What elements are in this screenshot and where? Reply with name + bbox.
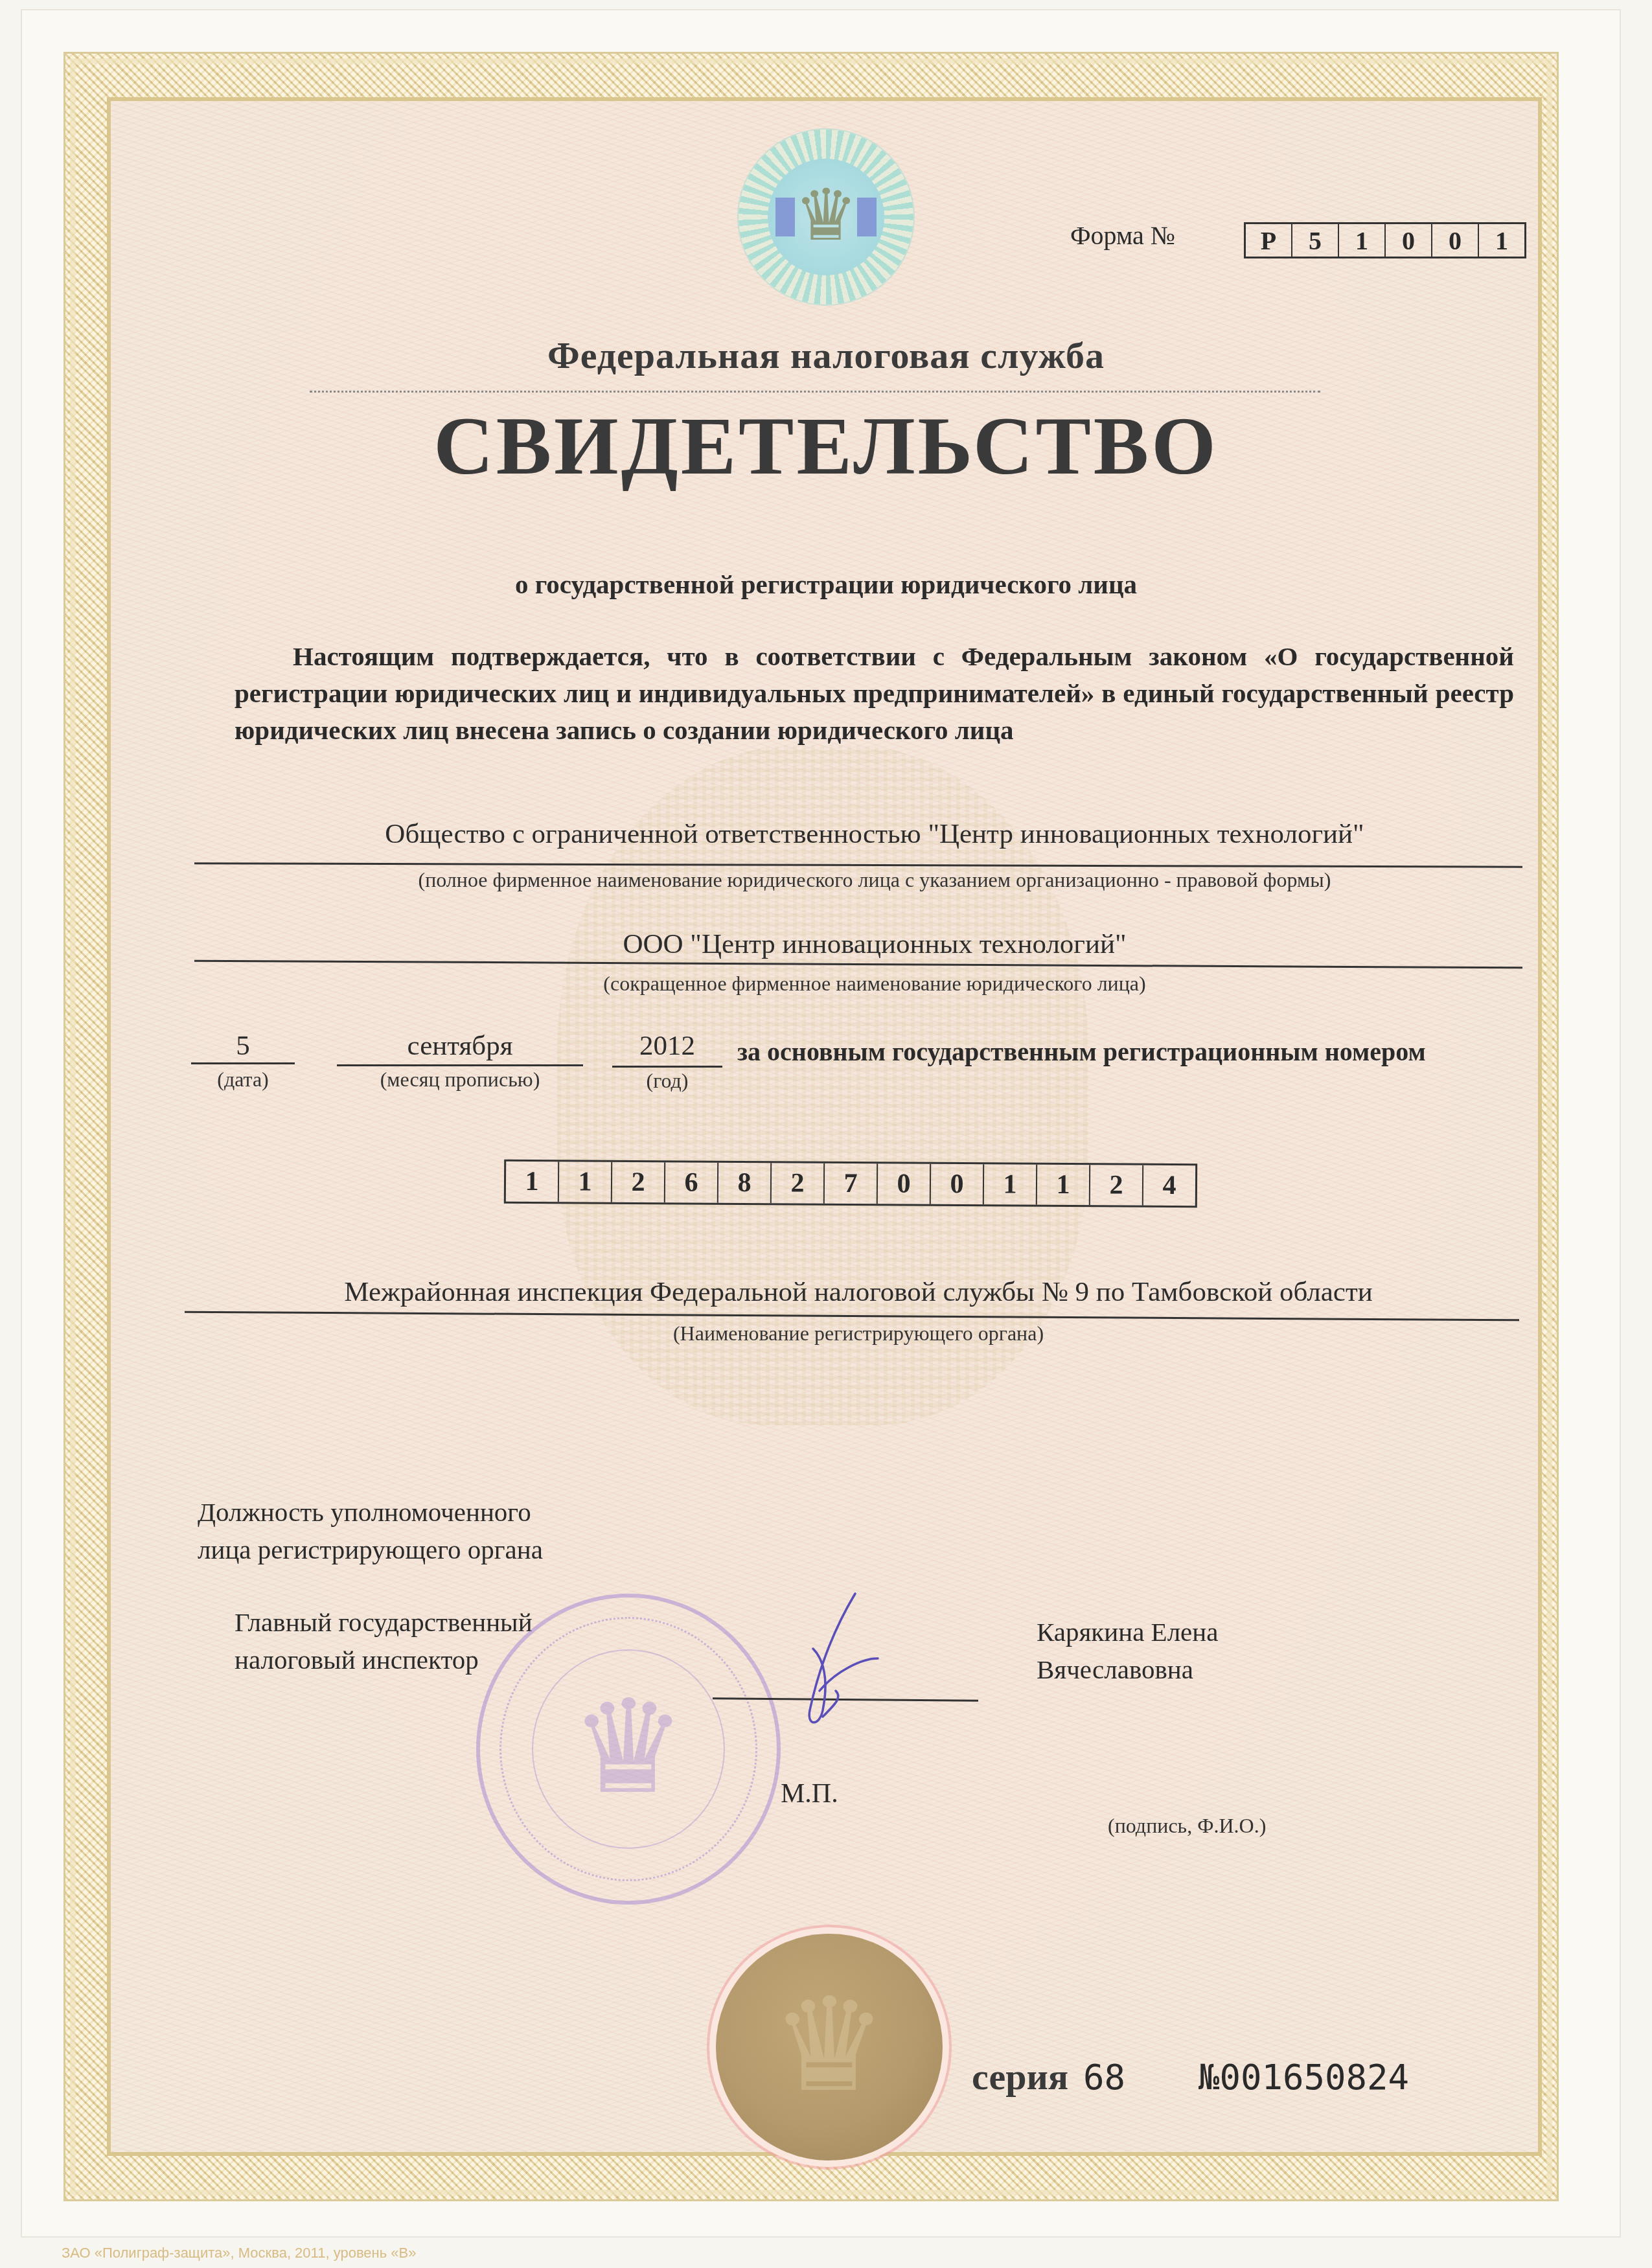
form-number-cell: 1 bbox=[1478, 224, 1524, 257]
handwritten-signature-icon bbox=[758, 1587, 913, 1743]
serial-number: №001650824 bbox=[1199, 2057, 1409, 2098]
ogrn-digit-cell: 1 bbox=[506, 1162, 558, 1202]
russian-eagle-hologram-icon: ♛ bbox=[739, 130, 913, 304]
full-name-caption: (полное фирменное наименование юридическ… bbox=[194, 868, 1555, 892]
ogrn-number-boxes: 1126827001124 bbox=[504, 1160, 1197, 1208]
registration-day: 5 bbox=[191, 1030, 295, 1062]
ogrn-digit-cell: 1 bbox=[983, 1164, 1036, 1204]
form-number-cell: 1 bbox=[1338, 224, 1384, 257]
form-number-cell: Р bbox=[1246, 224, 1291, 257]
eagle-icon: ♛ bbox=[794, 180, 858, 251]
ogrn-digit-cell: 1 bbox=[1036, 1165, 1089, 1205]
registration-month: сентября bbox=[337, 1030, 583, 1062]
page-subtitle: о государственной регистрации юридическо… bbox=[0, 569, 1652, 600]
statement-text: Настоящим подтверждается, что в соответс… bbox=[235, 641, 1514, 745]
statement-paragraph: Настоящим подтверждается, что в соответс… bbox=[235, 638, 1514, 749]
ogrn-digit-cell: 8 bbox=[717, 1163, 770, 1203]
ogrn-digit-cell: 2 bbox=[611, 1162, 664, 1202]
ogrn-digit-cell: 6 bbox=[664, 1162, 717, 1202]
issuer-title: Федеральная налоговая служба bbox=[0, 334, 1652, 377]
ogrn-digit-cell: 7 bbox=[823, 1163, 877, 1204]
entity-short-name: ООО "Центр инновационных технологий" bbox=[194, 928, 1555, 960]
stamp-eagle-icon: ♛ bbox=[570, 1684, 686, 1814]
eagle-icon: ♛ bbox=[771, 1982, 887, 2112]
short-name-caption: (сокращенное фирменное наименование юрид… bbox=[194, 972, 1555, 996]
signature-caption: (подпись, Ф.И.О.) bbox=[1108, 1814, 1266, 1838]
ogrn-digit-cell: 2 bbox=[770, 1163, 823, 1203]
official-ink-stamp-icon: ♛ bbox=[476, 1594, 781, 1905]
inspector-name: Карякина Елена Вячеславовна bbox=[1037, 1613, 1360, 1688]
form-number-boxes: Р51001 bbox=[1244, 222, 1526, 258]
year-caption: (год) bbox=[612, 1069, 722, 1093]
month-caption: (месяц прописью) bbox=[337, 1068, 583, 1092]
ogrn-digit-cell: 1 bbox=[558, 1162, 611, 1202]
form-number-label: Форма № bbox=[1070, 220, 1175, 251]
embossed-eagle-seal-icon: ♛ bbox=[716, 1934, 943, 2160]
series-label: серия bbox=[972, 2055, 1068, 2098]
registration-year: 2012 bbox=[612, 1030, 722, 1062]
ogrn-digit-cell: 2 bbox=[1089, 1165, 1142, 1205]
ogrn-label: за основным государственным регистрацион… bbox=[737, 1037, 1426, 1067]
form-number-cell: 0 bbox=[1384, 224, 1431, 257]
entity-full-name: Общество с ограниченной ответственностью… bbox=[194, 818, 1555, 850]
printer-note: ЗАО «Полиграф-защита», Москва, 2011, уро… bbox=[62, 2245, 416, 2262]
authority-caption: (Наименование регистрирующего органа) bbox=[194, 1322, 1522, 1346]
title-divider bbox=[310, 391, 1320, 393]
form-number-cell: 5 bbox=[1291, 224, 1338, 257]
page-title: СВИДЕТЕЛЬСТВО bbox=[0, 398, 1652, 494]
day-underline bbox=[191, 1062, 295, 1064]
year-underline bbox=[612, 1066, 722, 1068]
day-caption: (дата) bbox=[191, 1068, 295, 1092]
series-value: 68 bbox=[1083, 2057, 1125, 2098]
form-number-cell: 0 bbox=[1431, 224, 1478, 257]
seal-place-label: М.П. bbox=[781, 1778, 838, 1809]
ogrn-digit-cell: 0 bbox=[930, 1164, 983, 1204]
month-underline bbox=[337, 1064, 583, 1066]
position-label: Должность уполномоченного лица регистрир… bbox=[198, 1493, 651, 1568]
registering-authority: Межрайонная инспекция Федеральной налого… bbox=[194, 1276, 1522, 1308]
ogrn-digit-cell: 0 bbox=[877, 1163, 930, 1204]
ogrn-digit-cell: 4 bbox=[1142, 1165, 1195, 1206]
